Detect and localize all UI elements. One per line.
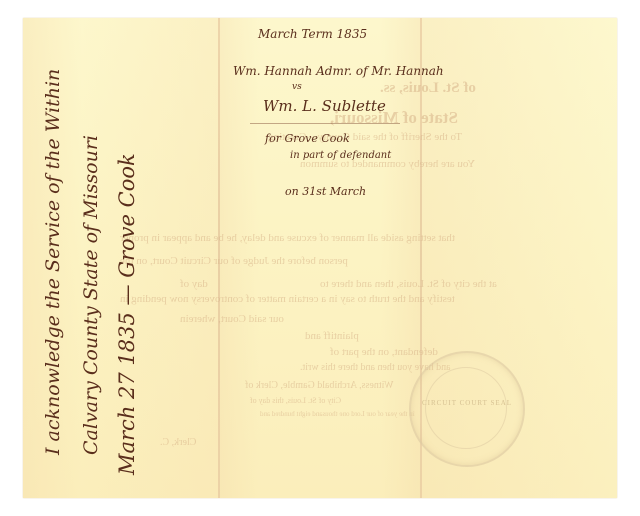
bleed-line-8: plaintiff and xyxy=(305,330,359,342)
bleed-line-12: City of St. Louis, this day of xyxy=(250,396,341,405)
bleed-line-14: Clerk, C. xyxy=(160,437,196,448)
note-in-part: in part of defendant xyxy=(290,150,391,161)
bleed-line-6: testify and the truth to say in a certai… xyxy=(120,293,455,305)
bleed-line-13: in the year of our Lord one thousand eig… xyxy=(260,410,415,418)
seal-inner-ring xyxy=(425,367,507,449)
plaintiff-line: Wm. Hannah Admr. of Mr. Hannah xyxy=(233,64,444,78)
seal-text: CIRCUIT COURT SEAL xyxy=(411,399,523,407)
defendant-line: Wm. L. Sublette xyxy=(263,97,386,115)
bleed-line-9: defendant, on the part of xyxy=(330,346,438,358)
bleed-line-5: at the city of St. Louis, then and there… xyxy=(320,278,497,290)
embossed-seal: CIRCUIT COURT SEAL xyxy=(409,351,525,467)
bleed-line-11: Witness, Archibald Gamble, Clerk of xyxy=(245,380,393,391)
acknowledgment-line-2: Calvary County State of Missouri xyxy=(80,135,102,455)
bleed-line-7: our said Court, wherein xyxy=(180,313,284,325)
acknowledgment-line-3: March 27 1835 — Grove Cook xyxy=(115,153,139,475)
note-date: on 31st March xyxy=(285,185,366,198)
term-line: March Term 1835 xyxy=(258,27,367,41)
bleed-line-3: person before the Judge of our Circuit C… xyxy=(120,255,348,267)
underline-rule xyxy=(250,123,400,124)
versus-line: vs xyxy=(292,82,302,92)
bleed-header-1: of St. Louis, ss. xyxy=(380,80,476,97)
acknowledgment-line-1: I acknowledge the Service of the Within xyxy=(42,69,64,455)
bleed-line-4: day of xyxy=(180,278,208,290)
note-grove-cook: for Grove Cook xyxy=(265,132,350,145)
bleed-line-2: that setting aside all manner of excuse … xyxy=(120,232,455,244)
